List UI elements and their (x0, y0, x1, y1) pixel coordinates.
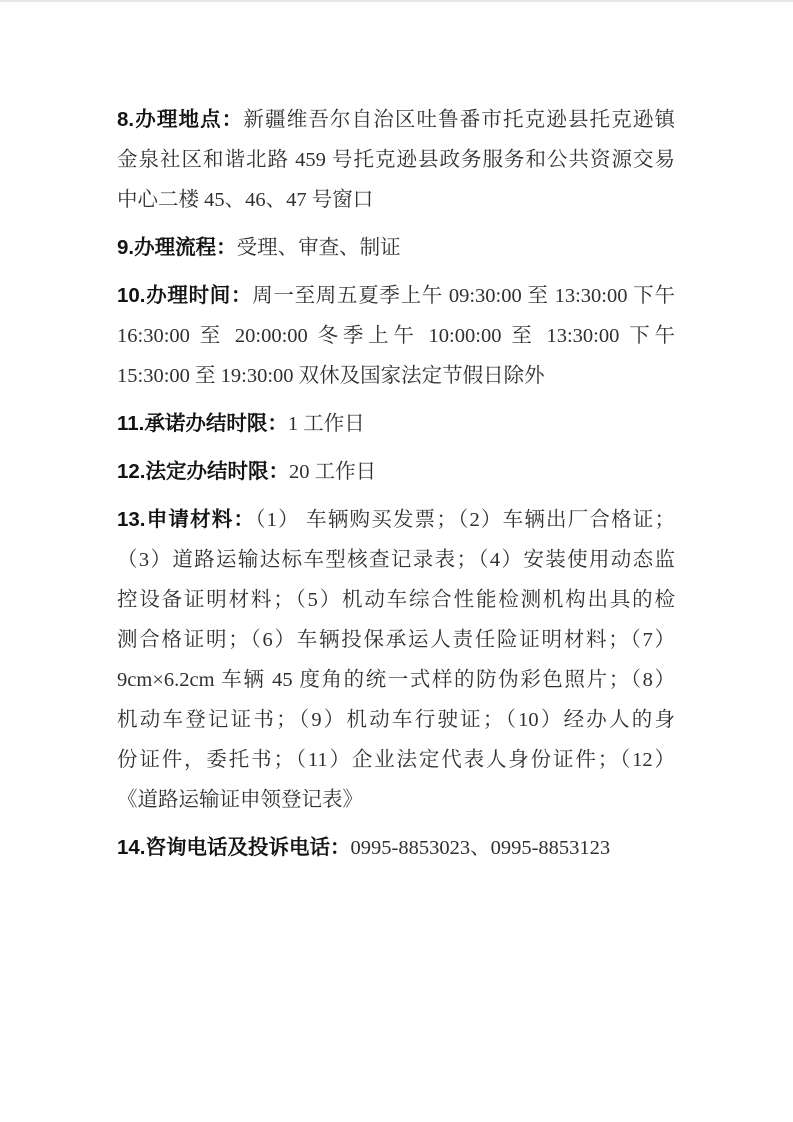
paragraph-line: 10.办理时间：周一至周五夏季上午 09:30:00 至 13:30:00 下午 (117, 276, 675, 316)
paragraph-line: 13.申请材料：（1） 车辆购买发票；（2）车辆出厂合格证； (117, 500, 675, 540)
paragraph-line: 9cm×6.2cm 车辆 45 度角的统一式样的防伪彩色照片；（8） (117, 660, 675, 700)
item-label: 12.法定办结时限： (117, 460, 289, 483)
item-label: 8.办理地点： (117, 108, 243, 131)
item-text: 1 工作日 (288, 413, 365, 435)
item-text: （1） 车辆购买发票；（2）车辆出厂合格证； (255, 509, 675, 531)
paragraph-item-9-banli-liucheng: 9.办理流程：受理、审查、制证 (117, 228, 675, 268)
paragraph-line: 测合格证明；（6）车辆投保承运人责任险证明材料；（7） (117, 620, 675, 660)
paragraph-item-12-fading-shixian: 12.法定办结时限：20 工作日 (117, 452, 675, 492)
paragraph-line: 16:30:00 至 20:00:00 冬季上午 10:00:00 至 13:3… (117, 316, 675, 356)
paragraph-line: 12.法定办结时限：20 工作日 (117, 452, 675, 492)
paragraph-item-14-zixun-dianhua: 14.咨询电话及投诉电话：0995-8853023、0995-8853123 (117, 828, 675, 868)
item-text: 0995-8853023、0995-8853123 (351, 837, 611, 859)
document-body: 8.办理地点：新疆维吾尔自治区吐鲁番市托克逊县托克逊镇金泉社区和谐北路 459 … (117, 100, 675, 868)
paragraph-line: 份证件，委托书；（11）企业法定代表人身份证件；（12） (117, 740, 675, 780)
item-text: 周一至周五夏季上午 09:30:00 至 13:30:00 下午 (252, 285, 675, 307)
paragraph-line: 11.承诺办结时限：1 工作日 (117, 404, 675, 444)
paragraph-item-13-shenqing-cailiao: 13.申请材料：（1） 车辆购买发票；（2）车辆出厂合格证；（3）道路运输达标车… (117, 500, 675, 820)
item-text: 受理、审查、制证 (237, 237, 401, 259)
paragraph-line: 14.咨询电话及投诉电话：0995-8853023、0995-8853123 (117, 828, 675, 868)
item-text: 20 工作日 (289, 461, 376, 483)
paragraph-line: （3）道路运输达标车型核查记录表；（4）安装使用动态监 (117, 540, 675, 580)
paragraph-line: 金泉社区和谐北路 459 号托克逊县政务服务和公共资源交易 (117, 140, 675, 180)
item-label: 11.承诺办结时限： (117, 412, 288, 435)
page-top-edge (0, 0, 793, 2)
paragraph-line: 机动车登记证书；（9）机动车行驶证；（10）经办人的身 (117, 700, 675, 740)
paragraph-line: 控设备证明材料；（5）机动车综合性能检测机构出具的检 (117, 580, 675, 620)
document-page: 8.办理地点：新疆维吾尔自治区吐鲁番市托克逊县托克逊镇金泉社区和谐北路 459 … (0, 0, 793, 1122)
paragraph-item-10-banli-shijian: 10.办理时间：周一至周五夏季上午 09:30:00 至 13:30:00 下午… (117, 276, 675, 396)
paragraph-item-8-banli-didian: 8.办理地点：新疆维吾尔自治区吐鲁番市托克逊县托克逊镇金泉社区和谐北路 459 … (117, 100, 675, 220)
paragraph-line: 《道路运输证申领登记表》 (117, 780, 675, 820)
item-text: 新疆维吾尔自治区吐鲁番市托克逊县托克逊镇 (243, 109, 675, 131)
paragraph-item-11-chengnuo-shixian: 11.承诺办结时限：1 工作日 (117, 404, 675, 444)
item-label: 9.办理流程： (117, 236, 237, 259)
item-label: 13.申请材料： (117, 508, 255, 531)
item-label: 14.咨询电话及投诉电话： (117, 836, 351, 859)
paragraph-line: 中心二楼 45、46、47 号窗口 (117, 180, 675, 220)
paragraph-line: 15:30:00 至 19:30:00 双休及国家法定节假日除外 (117, 356, 675, 396)
item-label: 10.办理时间： (117, 284, 252, 307)
paragraph-line: 9.办理流程：受理、审查、制证 (117, 228, 675, 268)
paragraph-line: 8.办理地点：新疆维吾尔自治区吐鲁番市托克逊县托克逊镇 (117, 100, 675, 140)
